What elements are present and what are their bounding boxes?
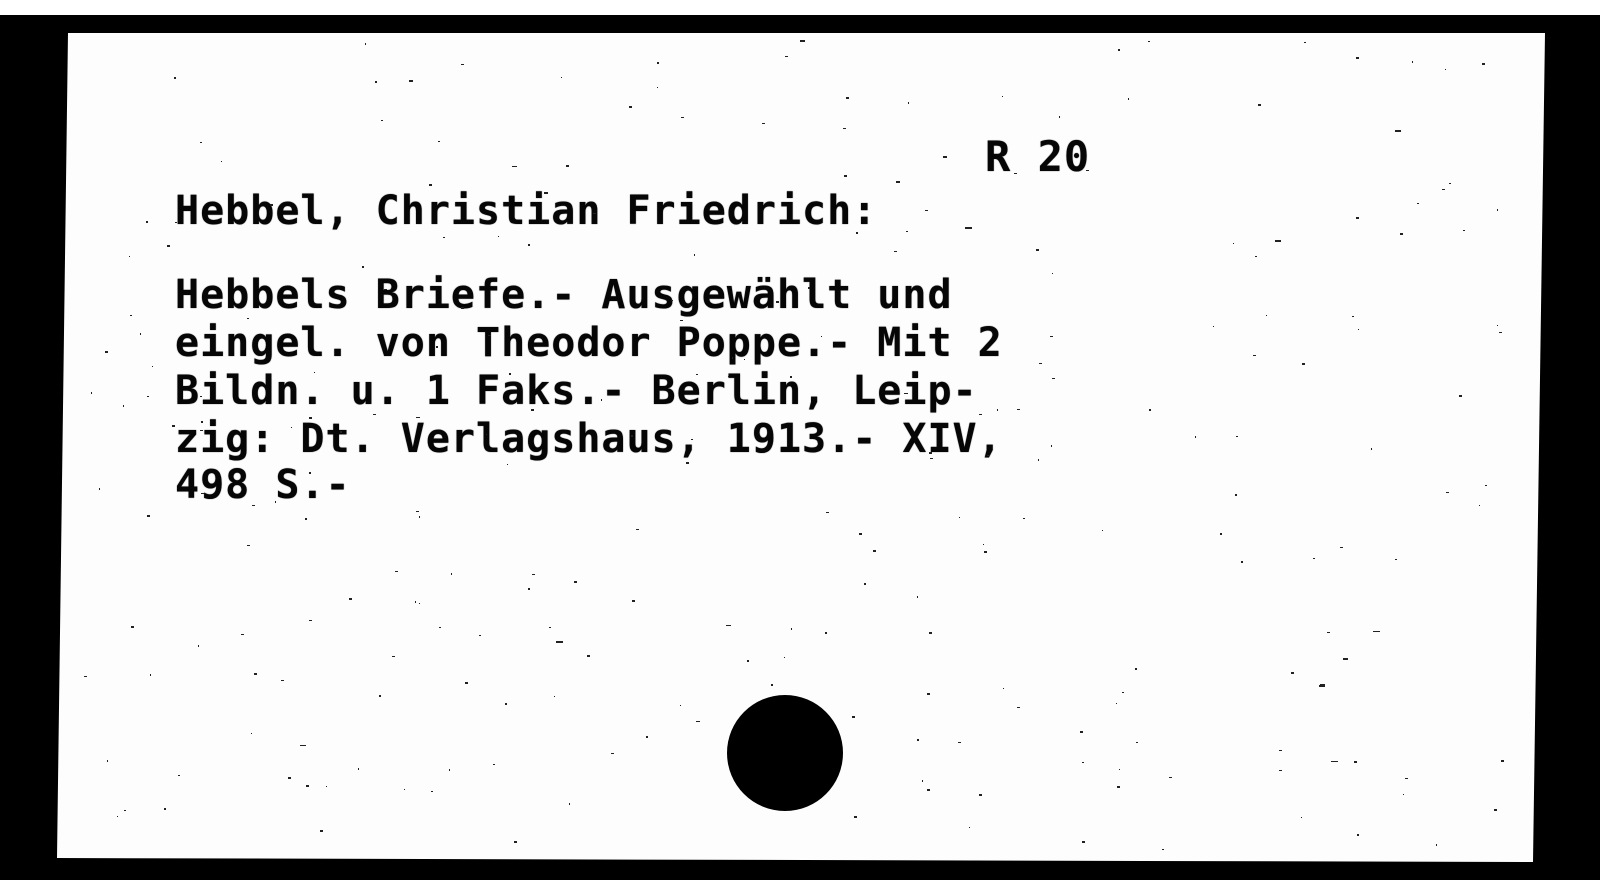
description-line: 498 S.- bbox=[175, 462, 351, 508]
punch-hole bbox=[727, 695, 843, 811]
description-line: eingel. von Theodor Poppe.- Mit 2 bbox=[175, 320, 1003, 366]
catalog-card: R 20 Hebbel, Christian Friedrich: Hebbel… bbox=[0, 0, 1600, 880]
description-line: zig: Dt. Verlagshaus, 1913.- XIV, bbox=[175, 416, 1003, 462]
description-line: Bildn. u. 1 Faks.- Berlin, Leip- bbox=[175, 368, 978, 414]
description-line: Hebbels Briefe.- Ausgewählt und bbox=[175, 272, 953, 318]
call-number: R 20 bbox=[985, 132, 1090, 181]
author-heading: Hebbel, Christian Friedrich: bbox=[175, 188, 877, 234]
